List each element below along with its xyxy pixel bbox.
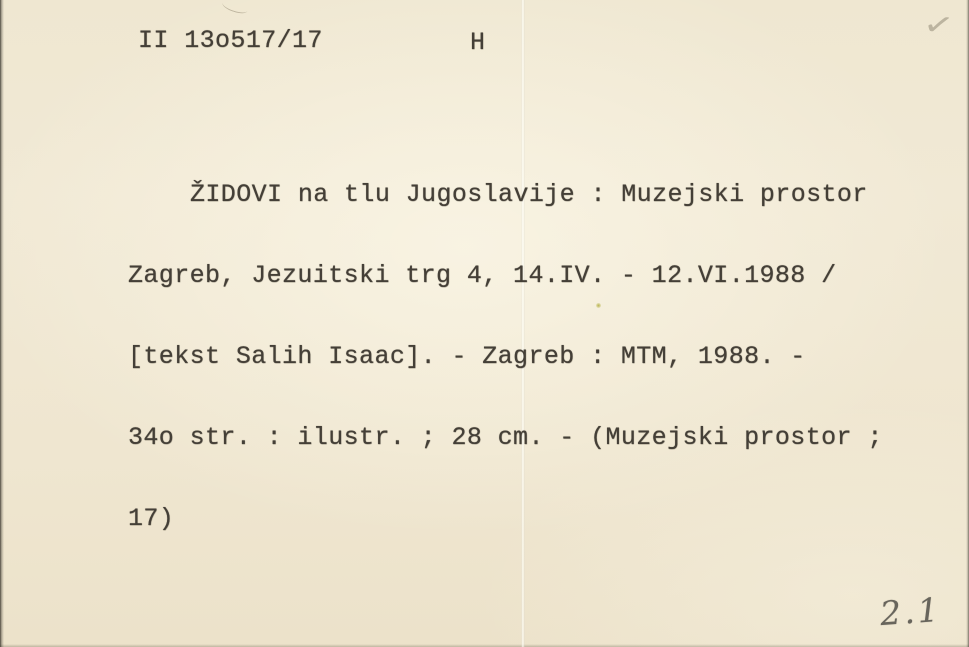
entry-line: Zagreb, Jezuitski trg 4, 14.IV. - 12.VI.… [128, 262, 928, 289]
entry-line: [tekst Salih Isaac]. - Zagreb : MTM, 198… [128, 343, 928, 370]
entry-line: 34o str. : ilustr. ; 28 cm. - (Muzejski … [128, 424, 928, 451]
checkmark-icon: ✓ [921, 6, 957, 45]
catalog-entry: ŽIDOVI na tlu Jugoslavije : Muzejski pro… [128, 127, 928, 586]
pencil-annotation: 2.1 [879, 590, 943, 633]
card-left-edge-shadow [0, 0, 4, 647]
catalog-card: II 13o517/17 H ŽIDOVI na tlu Jugoslavije… [0, 0, 969, 647]
entry-line: 17) [128, 505, 928, 532]
entry-line: ŽIDOVI na tlu Jugoslavije : Muzejski pro… [128, 181, 928, 208]
heading-letter: H [470, 28, 485, 57]
scratch-mark [221, 0, 249, 16]
call-number: II 13o517/17 [138, 26, 323, 55]
